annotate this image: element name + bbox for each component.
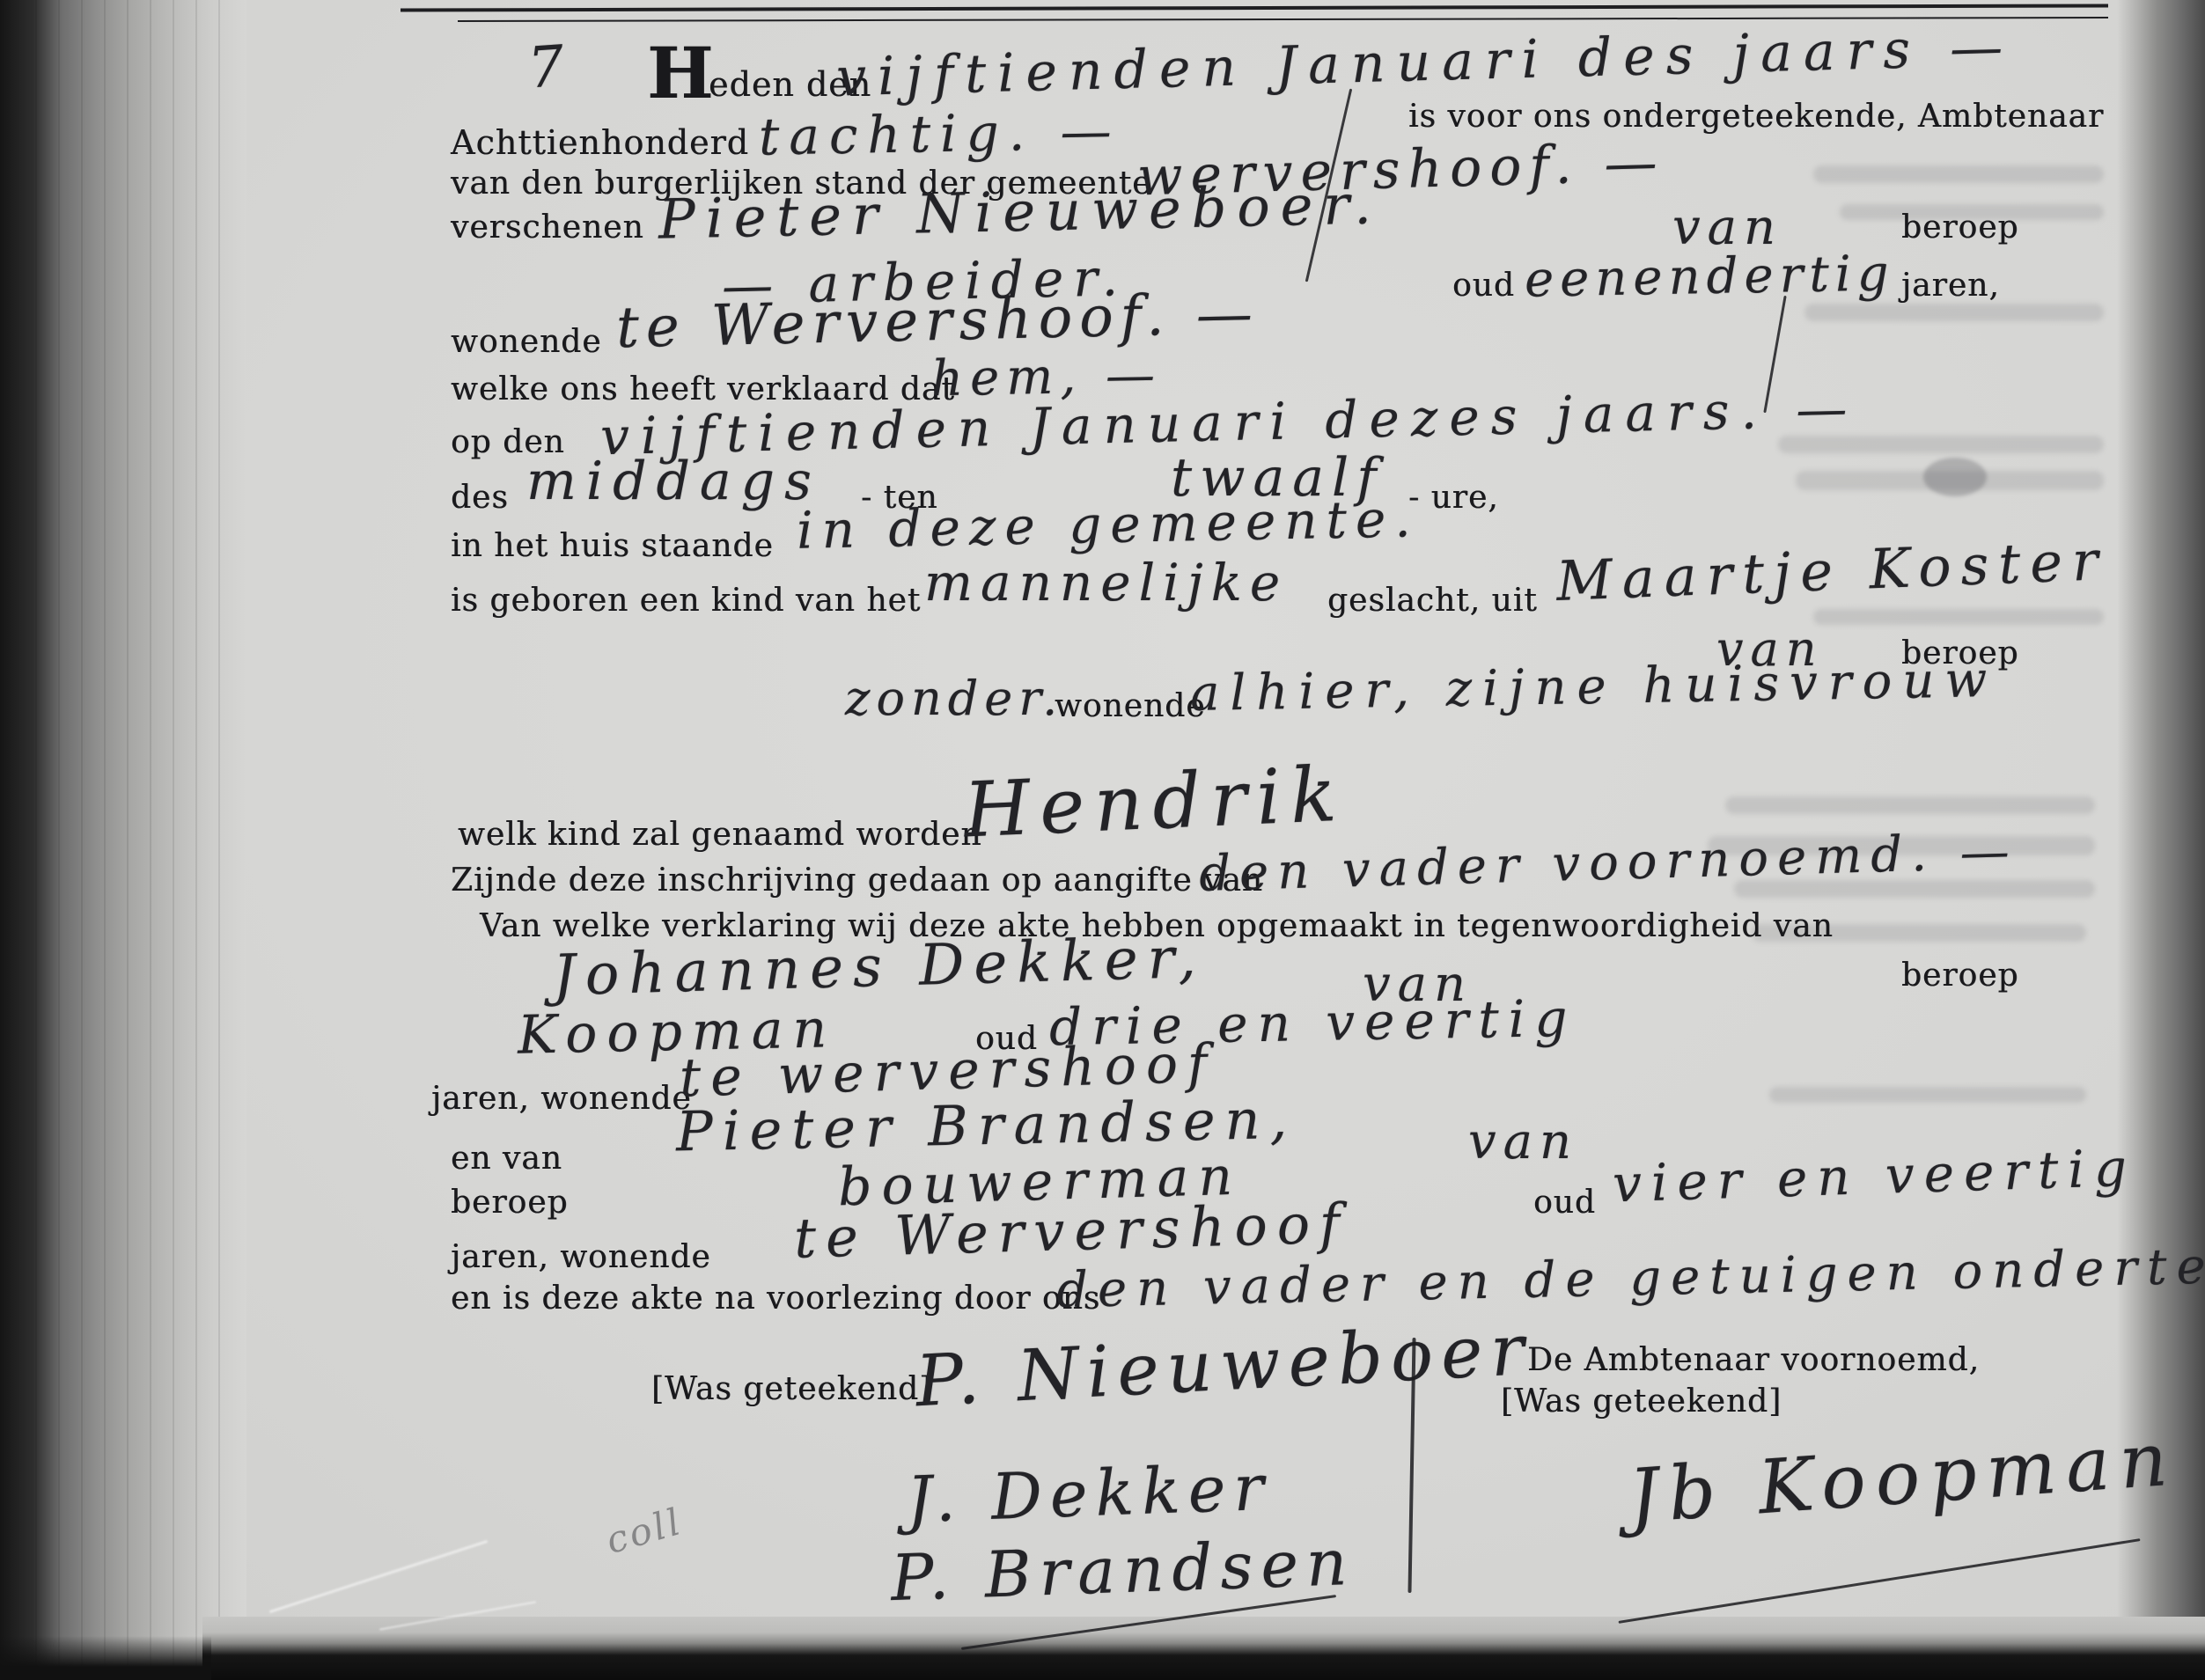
- form-beroep-1: beroep: [1901, 209, 2019, 246]
- form-wonende-1: wonende: [451, 324, 602, 360]
- bleedthrough-smudge: [1769, 1087, 2086, 1103]
- bottom-scan-edge: [202, 1617, 2205, 1680]
- hw-gender: mannelijke: [924, 553, 1288, 613]
- form-beroep-3: beroep: [1901, 957, 2019, 994]
- hw-mother-residence: alhier, zijne huisvrouw: [1190, 651, 1998, 723]
- form-geboren: is geboren een kind van het: [451, 583, 921, 619]
- form-was-geteekend-left: [Was geteekend]: [651, 1371, 932, 1407]
- bleedthrough-blob: [1923, 458, 1987, 496]
- form-child-name-label: welk kind zal genaamd worden: [458, 817, 982, 853]
- form-aangifte-label: Zijnde deze inschrijving gedaan op aangi…: [451, 862, 1263, 899]
- form-jaren-1: jaren,: [1901, 268, 2000, 304]
- form-geslacht-uit: geslacht, uit: [1327, 583, 1538, 619]
- form-verschenen: verschenen: [451, 209, 644, 246]
- form-jaren-wonende-1: jaren, wonende: [431, 1081, 692, 1117]
- hw-daypart: middags: [526, 451, 821, 512]
- form-des: des: [451, 480, 509, 516]
- form-ure: - ure,: [1408, 480, 1499, 516]
- form-wonende-2: wonende: [1055, 688, 1206, 724]
- form-official-line: is voor ons ondergeteekende, Ambtenaar: [1408, 99, 2104, 135]
- bottom-left-scan-edge: [0, 1636, 211, 1680]
- hw-van-4: van: [1468, 1113, 1578, 1170]
- form-oud-3: oud: [1533, 1185, 1596, 1221]
- form-huis: in het huis staande: [451, 528, 774, 564]
- form-was-geteekend-right: [Was geteekend]: [1501, 1383, 1782, 1420]
- signature-declarant: P. Nieuweboer: [914, 1309, 1534, 1423]
- scanned-birth-record-page: 7 H eden den vijftienden Januari des jaa…: [0, 0, 2205, 1680]
- bleedthrough-smudge: [1725, 796, 2095, 814]
- form-oud-1: oud: [1452, 268, 1515, 304]
- top-rule-line: [401, 4, 2108, 11]
- hw-mother-name: Maartje Koster: [1555, 528, 2109, 613]
- bleedthrough-smudge: [1804, 304, 2104, 321]
- form-en-van: en van: [451, 1141, 562, 1177]
- bleedthrough-smudge: [1813, 165, 2104, 183]
- dropcap-h: H: [647, 32, 715, 114]
- signature-registrar: Jb Koopman: [1626, 1415, 2179, 1539]
- form-voorlezing: en is deze akte na voorlezing door ons: [451, 1280, 1100, 1317]
- bleedthrough-smudge: [1813, 609, 2104, 625]
- form-beroep-4: beroep: [451, 1185, 569, 1221]
- hw-child-name: Hendrik: [962, 751, 1348, 855]
- signature-witness1: J. Dekker: [906, 1450, 1273, 1537]
- act-number: 7: [526, 34, 570, 102]
- signature-flourish-underline: [1618, 1538, 2140, 1624]
- form-ambtenaar-voornoemd: De Ambtenaar voornoemd,: [1527, 1342, 1980, 1378]
- hw-witness2-age: vier en veertig: [1612, 1138, 2137, 1214]
- hw-huis-location: in deze gemeente.: [796, 488, 1420, 561]
- form-jaren-wonende-2: jaren, wonende: [451, 1239, 711, 1275]
- form-achttienhonderd: Achttienhonderd: [451, 123, 749, 162]
- page-stack-streaks: [35, 0, 229, 1680]
- hw-declarant-age: eenendertig: [1524, 245, 1895, 308]
- scan-scratch: [269, 1540, 488, 1613]
- hw-declarant-residence: te Wervershoof. —: [615, 282, 1260, 362]
- margin-note-coll: coll: [601, 1500, 687, 1562]
- hw-registration-date: vijftienden Januari des jaars —: [835, 16, 2015, 108]
- hw-year: tachtig. —: [758, 100, 1121, 166]
- hw-mother-occupation: zonder.: [845, 671, 1063, 726]
